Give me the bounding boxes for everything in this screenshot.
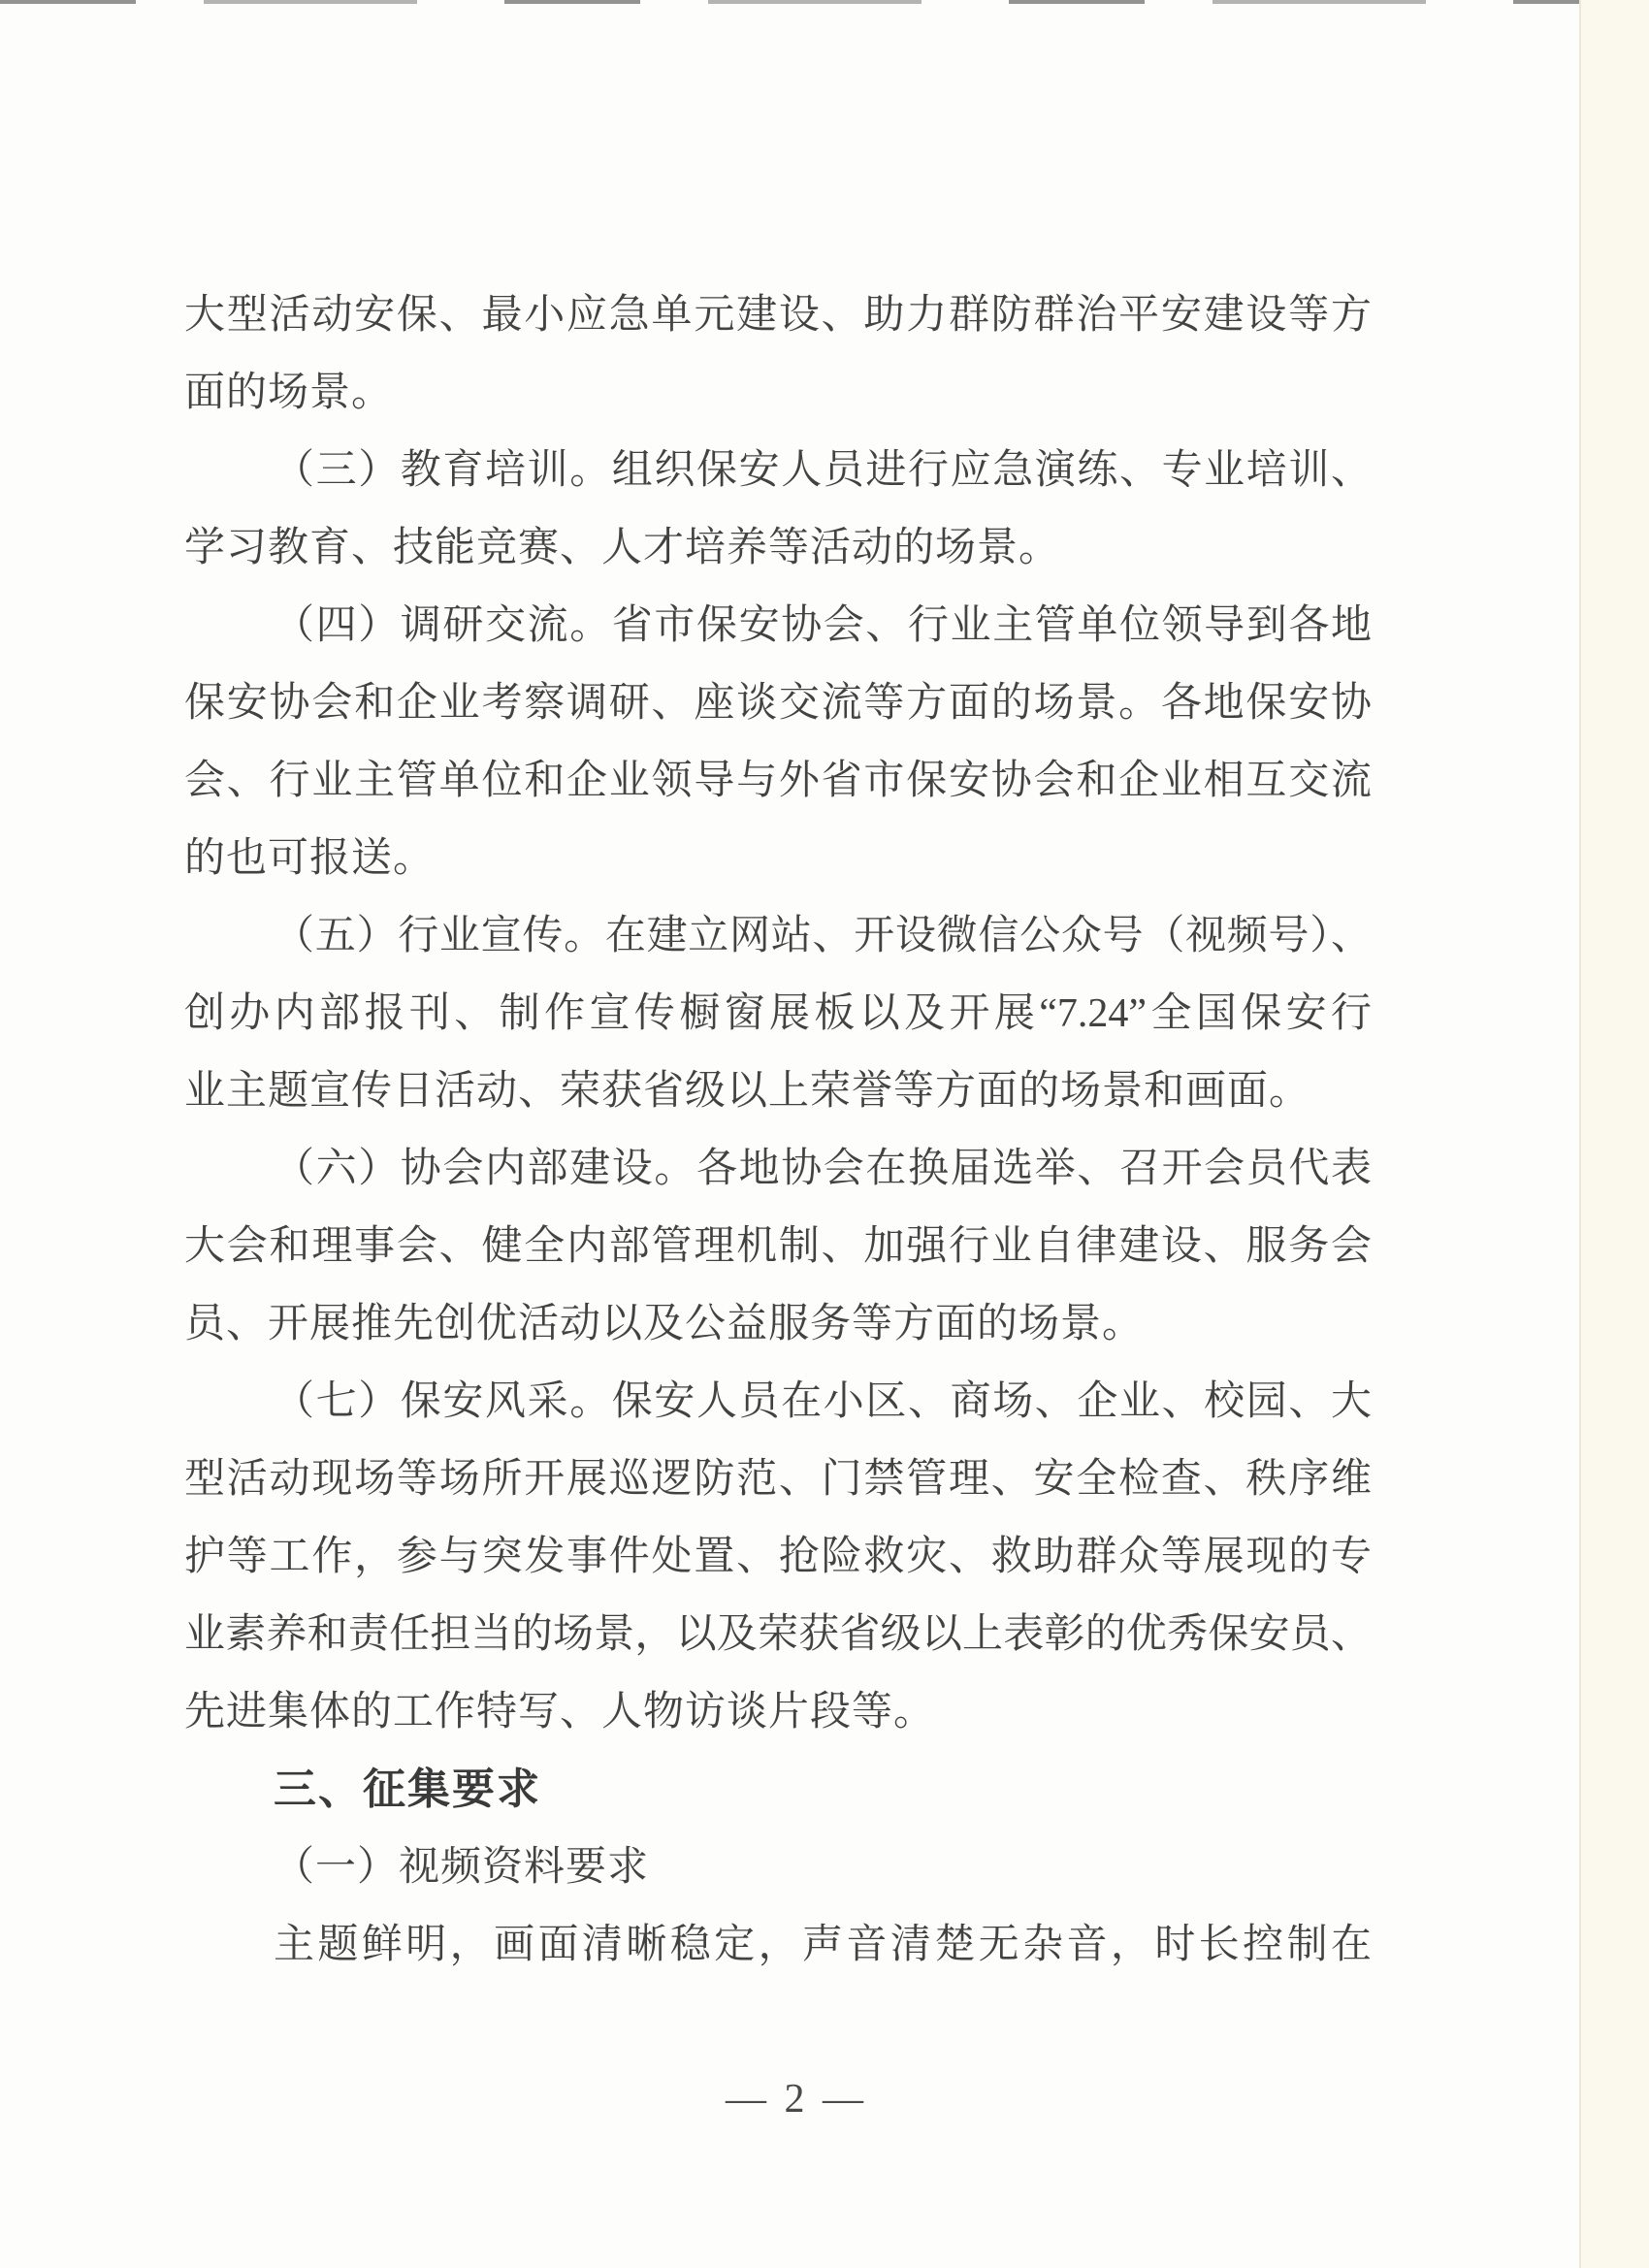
body-line: 业主题宣传日活动、荣获省级以上荣誉等方面的场景和画面。 <box>184 1053 1372 1130</box>
body-line: 业素养和责任担当的场景，以及荣获省级以上表彰的优秀保安员、 <box>184 1596 1372 1673</box>
document-body: 大型活动安保、最小应急单元建设、助力群防群治平安建设等方 面的场景。 （三）教育… <box>184 276 1372 1984</box>
body-line: 大会和理事会、健全内部管理机制、加强行业自律建设、服务会 <box>184 1208 1372 1285</box>
item-4-line: （四）调研交流。省市保安协会、行业主管单位领导到各地 <box>184 587 1372 664</box>
body-line: 面的场景。 <box>184 354 1372 432</box>
body-line: 主题鲜明，画面清晰稳定，声音清楚无杂音，时长控制在 <box>184 1906 1372 1984</box>
body-line: 会、行业主管单位和企业领导与外省市保安协会和企业相互交流 <box>184 742 1372 820</box>
body-line: 先进集体的工作特写、人物访谈片段等。 <box>184 1673 1372 1751</box>
page-number: — 2 — <box>726 2076 867 2122</box>
item-6-line: （六）协会内部建设。各地协会在换届选举、召开会员代表 <box>184 1130 1372 1208</box>
item-5-line: （五）行业宣传。在建立网站、开设微信公众号（视频号）、 <box>184 897 1372 975</box>
scan-artifact-top-edge <box>0 0 1649 4</box>
page-edge <box>1579 0 1649 2268</box>
item-7-line: （七）保安风采。保安人员在小区、商场、企业、校园、大 <box>184 1363 1372 1441</box>
body-line: 员、开展推先创优活动以及公益服务等方面的场景。 <box>184 1285 1372 1363</box>
body-line: 的也可报送。 <box>184 820 1372 897</box>
body-line: 学习教育、技能竞赛、人才培养等活动的场景。 <box>184 509 1372 587</box>
body-line: 创办内部报刊、制作宣传橱窗展板以及开展“7.24”全国保安行 <box>184 975 1372 1053</box>
item-3-line: （三）教育培训。组织保安人员进行应急演练、专业培训、 <box>184 432 1372 509</box>
body-line: 护等工作，参与突发事件处置、抢险救灾、救助群众等展现的专 <box>184 1518 1372 1596</box>
section-heading: 三、征集要求 <box>184 1751 1372 1829</box>
subsection-heading: （一）视频资料要求 <box>184 1829 1372 1906</box>
body-line: 型活动现场等场所开展巡逻防范、门禁管理、安全检查、秩序维 <box>184 1441 1372 1518</box>
body-line: 保安协会和企业考察调研、座谈交流等方面的场景。各地保安协 <box>184 664 1372 742</box>
body-line: 大型活动安保、最小应急单元建设、助力群防群治平安建设等方 <box>184 276 1372 354</box>
